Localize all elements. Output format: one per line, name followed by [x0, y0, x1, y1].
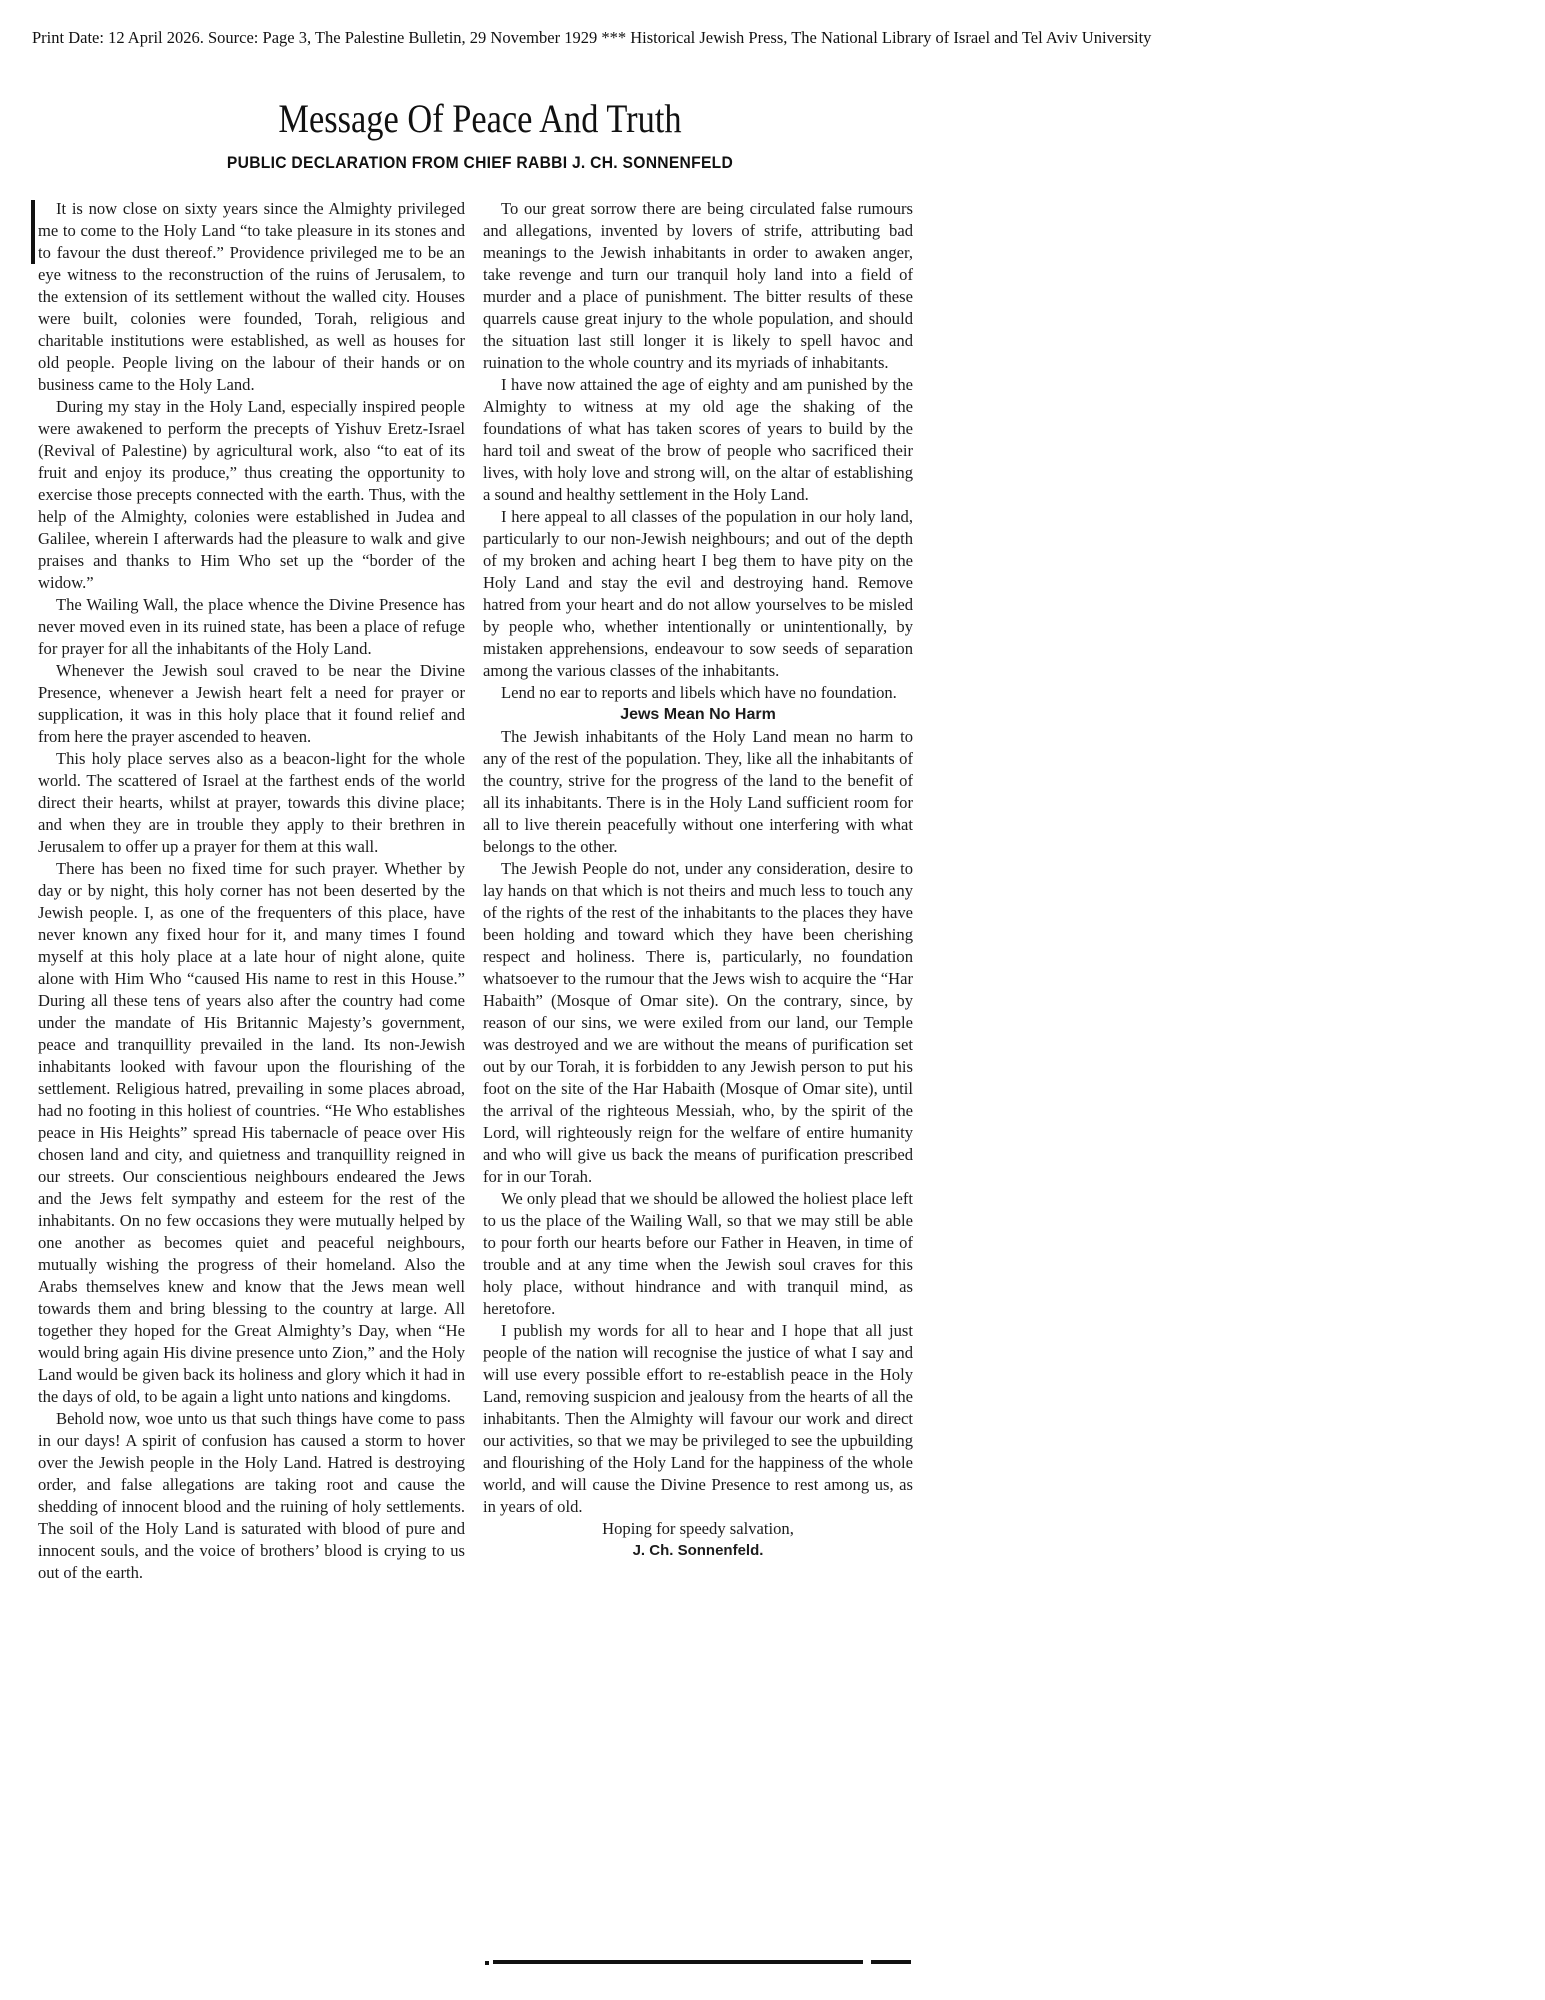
paragraph: During my stay in the Holy Land, especia…	[38, 396, 465, 594]
paragraph: The Wailing Wall, the place whence the D…	[38, 594, 465, 660]
article-subtitle: PUBLIC DECLARATION FROM CHIEF RABBI J. C…	[176, 153, 783, 173]
article-column-left: It is now close on sixty years since the…	[38, 198, 465, 1584]
section-heading: Jews Mean No Harm	[483, 704, 913, 726]
paragraph: I publish my words for all to hear and I…	[483, 1320, 913, 1518]
paragraph: To our great sorrow there are being circ…	[483, 198, 913, 374]
rule-main	[493, 1960, 863, 1964]
paragraph: Behold now, woe unto us that such things…	[38, 1408, 465, 1584]
print-source-header: Print Date: 12 April 2026. Source: Page …	[32, 28, 1151, 48]
drop-cap-bar	[31, 200, 35, 264]
paragraph: There has been no fixed time for such pr…	[38, 858, 465, 1408]
paragraph: I here appeal to all classes of the popu…	[483, 506, 913, 682]
paragraph: The Jewish People do not, under any cons…	[483, 858, 913, 1188]
paragraph: We only plead that we should be allowed …	[483, 1188, 913, 1320]
article-title: Message Of Peace And Truth	[205, 96, 755, 142]
paragraph: This holy place serves also as a beacon-…	[38, 748, 465, 858]
paragraph: I have now attained the age of eighty an…	[483, 374, 913, 506]
rule-tail	[871, 1960, 911, 1964]
paragraph: Lend no ear to reports and libels which …	[483, 682, 913, 704]
closing-line: Hoping for speedy salvation,	[483, 1518, 913, 1540]
paragraph: It is now close on sixty years since the…	[38, 198, 465, 396]
end-rule-divider	[485, 1960, 911, 1964]
article-column-right: To our great sorrow there are being circ…	[483, 198, 913, 1562]
paragraph: Whenever the Jewish soul craved to be ne…	[38, 660, 465, 748]
paragraph: The Jewish inhabitants of the Holy Land …	[483, 726, 913, 858]
signature: J. Ch. Sonnenfeld.	[483, 1540, 913, 1562]
rule-dot	[485, 1961, 489, 1965]
